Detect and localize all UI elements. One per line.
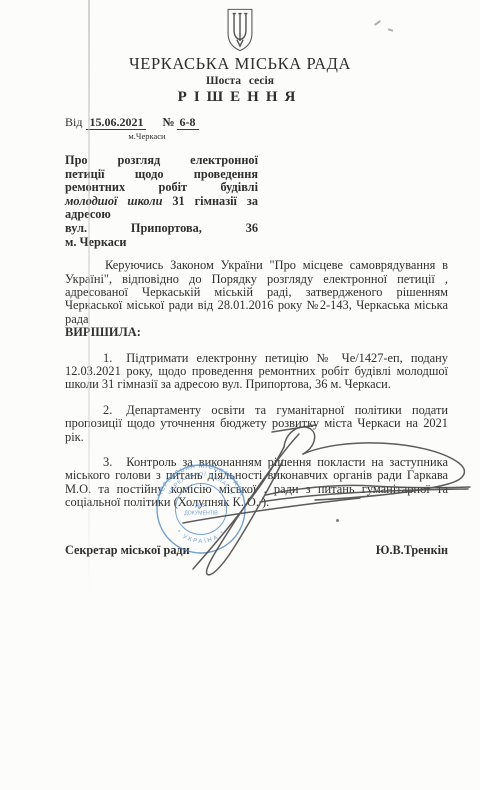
date-value: 15.06.2021 bbox=[86, 115, 146, 130]
subject-block: Про розгляд електронної петиції щодо про… bbox=[65, 154, 258, 249]
subject-line-rest: 31 гімназії за bbox=[172, 194, 258, 208]
signature-row: Секретар міської ради Ю.В.Тренкін bbox=[65, 543, 448, 558]
number-value: 6-8 bbox=[177, 115, 199, 130]
resolution-item-2: 2.Департаменту освіти та гуманітарної по… bbox=[65, 404, 448, 444]
item-text: Контроль за виконанням рішення покласти … bbox=[65, 455, 448, 509]
resolution-item-3: 3.Контроль за виконанням рішення покласт… bbox=[65, 456, 448, 510]
session-label: Шоста сесія bbox=[0, 75, 480, 87]
date-label: Від bbox=[65, 115, 82, 129]
subject-line: ремонтних робіт будівлі bbox=[65, 181, 258, 195]
item-number: 1. bbox=[103, 351, 112, 365]
ink-dot bbox=[336, 519, 339, 522]
subject-line: петиції щодо проведення bbox=[65, 168, 258, 182]
subject-line: адресою bbox=[65, 208, 258, 222]
round-blue-stamp: ЧЕРКАСЬКА МІСЬКА РАДА ЧЕРКАСЬКОЇ ОБЛАСТІ… bbox=[151, 459, 251, 559]
subject-italic-part: молодшої школи bbox=[65, 194, 162, 208]
date-number-row: Від15.06.2021№6-8 м.Черкаси bbox=[65, 115, 448, 141]
preamble-paragraph: Керуючись Законом України "Про місцеве с… bbox=[65, 259, 448, 326]
svg-text:* УКРАЇНА *: * УКРАЇНА * bbox=[175, 529, 227, 545]
ukraine-trident-emblem-icon bbox=[221, 8, 259, 52]
resolved-label: ВИРІШИЛА: bbox=[65, 326, 448, 339]
scan-fold-line bbox=[88, 0, 90, 600]
scanned-document-page: ЧЕРКАСЬКА МІСЬКА РАДА Шоста сесія РІШЕНН… bbox=[0, 0, 480, 790]
signatory-name: Ю.В.Тренкін bbox=[376, 543, 448, 558]
document-header: ЧЕРКАСЬКА МІСЬКА РАДА Шоста сесія РІШЕНН… bbox=[0, 0, 480, 106]
item-text: Підтримати електронну петицію № Че/1427-… bbox=[65, 351, 448, 392]
subject-line: вул. Припортова, 36 bbox=[65, 222, 258, 236]
item-number: 2. bbox=[103, 403, 112, 417]
stamp-bottom-text: * УКРАЇНА * bbox=[175, 529, 227, 545]
stamp-center-line2: ДОКУМЕНТІВ bbox=[184, 511, 218, 517]
item-number: 3. bbox=[103, 455, 112, 469]
city-label: м.Черкаси bbox=[107, 131, 187, 141]
item-text: Департаменту освіти та гуманітарної полі… bbox=[65, 403, 448, 444]
document-type-title: РІШЕННЯ bbox=[0, 89, 480, 106]
number-label: № bbox=[162, 115, 174, 129]
resolution-item-1: 1.Підтримати електронну петицію № Че/142… bbox=[65, 352, 448, 392]
subject-line: Про розгляд електронної bbox=[65, 154, 258, 168]
stamp-center-line1: ДЛЯ bbox=[195, 503, 207, 509]
subject-line: м. Черкаси bbox=[65, 236, 258, 250]
organization-name: ЧЕРКАСЬКА МІСЬКА РАДА bbox=[0, 54, 480, 74]
subject-line: молодшої школи 31 гімназії за bbox=[65, 195, 258, 209]
